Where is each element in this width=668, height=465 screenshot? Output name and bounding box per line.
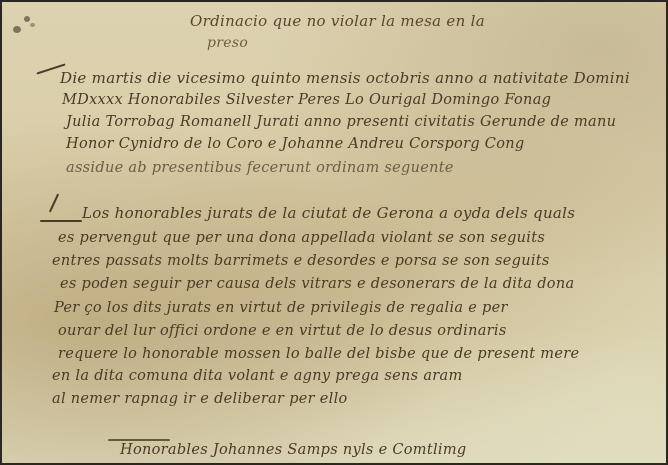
paragraph-2-line-3: entres passats molts barrimets e desorde… [52, 253, 550, 269]
paragraph-1-line-1: Die martis die vicesimo quinto mensis oc… [60, 69, 630, 87]
initial-flourish [40, 220, 82, 222]
paragraph-2-line-5: Per ço los dits jurats en virtut de priv… [54, 300, 508, 316]
paragraph-2-line-2: es pervengut que per una dona appellada … [58, 230, 545, 246]
heading-line-2: preso [207, 35, 248, 51]
heading-line-1: Ordinacio que no violar la mesa en la [190, 12, 485, 30]
ink-stain [24, 16, 30, 22]
closing-line: Honorables Johannes Samps nyls e Comtlim… [120, 442, 466, 458]
paragraph-2-line-6: ourar del lur offici ordone e en virtut … [58, 323, 507, 339]
paragraph-1-line-3: Julia Torrobag Romanell Jurati anno pres… [66, 114, 616, 130]
initial-flourish [49, 194, 59, 213]
paragraph-2-line-9: al nemer rapnag ir e deliberar per ello [52, 391, 348, 407]
closing-overline [108, 439, 170, 441]
paragraph-2-line-8: en la dita comuna dita volant e agny pre… [52, 368, 463, 384]
paragraph-2-line-4: es poden seguir per causa dels vitrars e… [60, 276, 574, 292]
manuscript-page: Ordinacio que no violar la mesa en la pr… [2, 2, 666, 463]
paragraph-1-line-2: MDxxxx Honorabiles Silvester Peres Lo Ou… [62, 92, 551, 108]
paragraph-2-line-7: requere lo honorable mossen lo balle del… [58, 346, 579, 362]
ink-stain [13, 26, 21, 33]
paragraph-1-line-5: assidue ab presentibus fecerunt ordinam … [66, 160, 454, 176]
ink-stain [30, 23, 35, 27]
paragraph-2-line-1: Los honorables jurats de la ciutat de Ge… [82, 204, 575, 222]
paragraph-1-line-4: Honor Cynidro de lo Coro e Johanne Andre… [66, 136, 524, 152]
